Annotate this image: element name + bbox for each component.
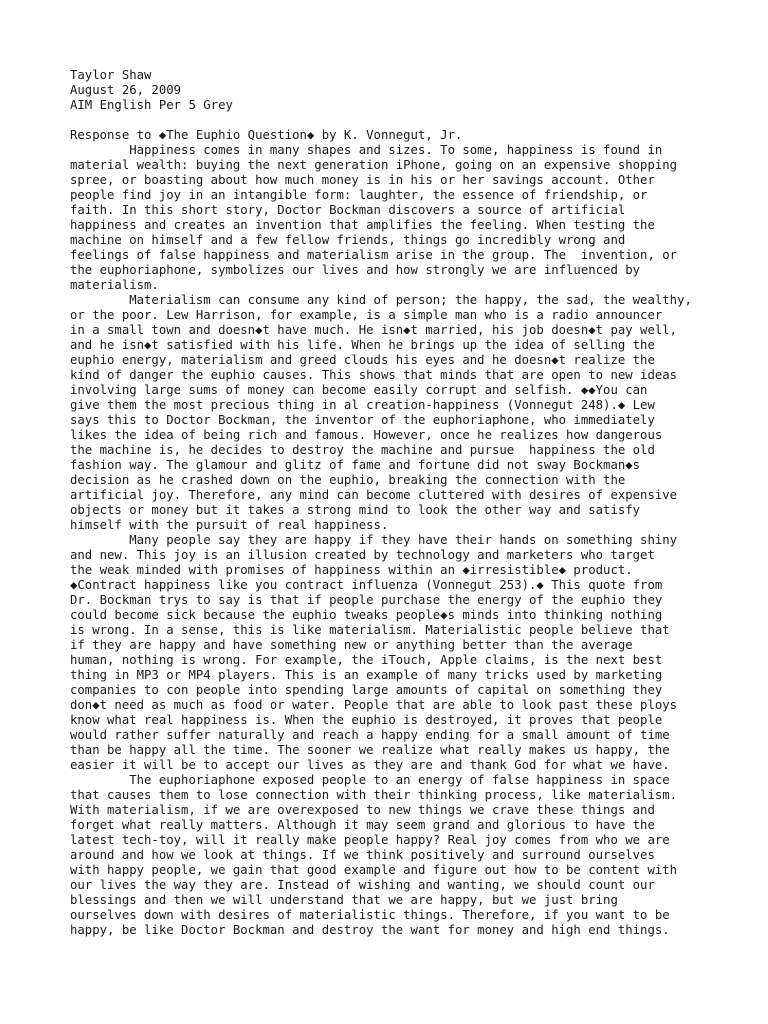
essay-paragraphs: Happiness comes in many shapes and sizes… [70,143,692,938]
essay-header: Taylor Shaw August 26, 2009 AIM English … [70,68,692,113]
essay-paragraph: The euphoriaphone exposed people to an e… [70,773,692,938]
blank-line [70,113,692,128]
essay-paragraph: Materialism can consume any kind of pers… [70,293,692,533]
essay-title: Response to ◆The Euphio Question◆ by K. … [70,128,692,143]
document-page: Taylor Shaw August 26, 2009 AIM English … [0,0,768,1024]
essay-paragraph: Many people say they are happy if they h… [70,533,692,773]
essay-content: Taylor Shaw August 26, 2009 AIM English … [70,68,692,938]
essay-paragraph: Happiness comes in many shapes and sizes… [70,143,692,293]
